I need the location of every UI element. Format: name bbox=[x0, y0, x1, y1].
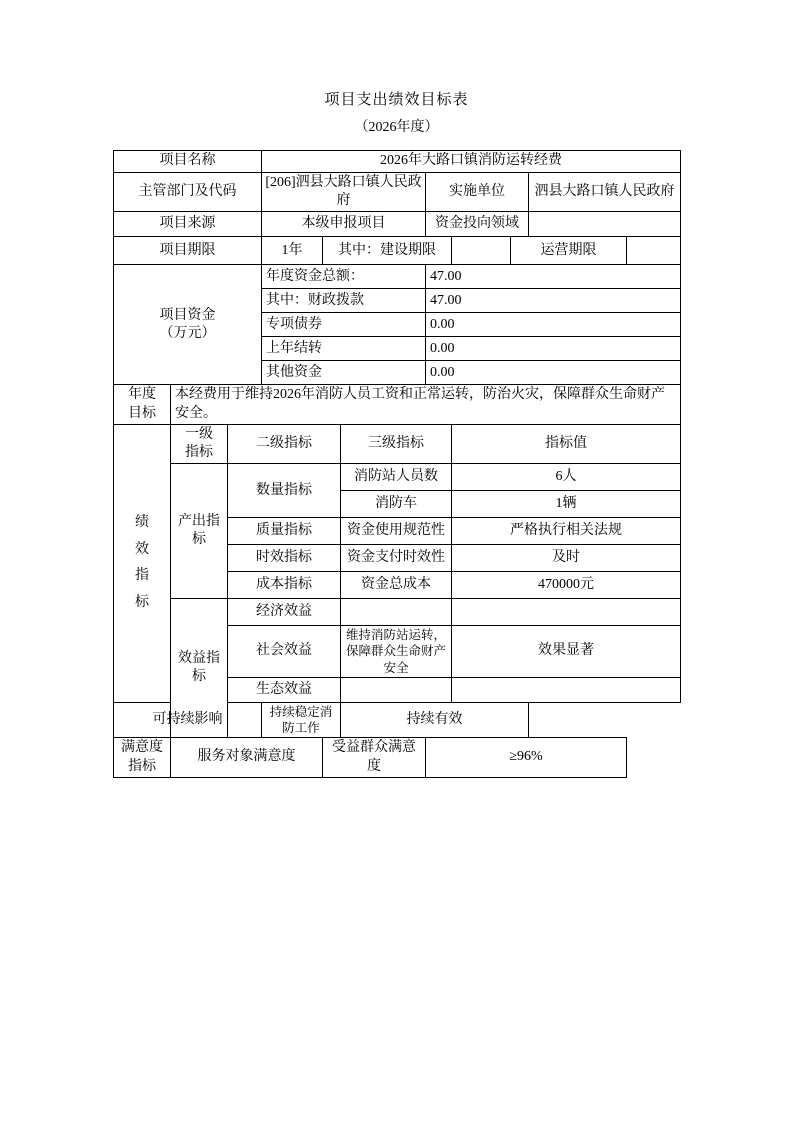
perf-value-cell: 严格执行相关法规 bbox=[452, 518, 681, 545]
source-value-cell: 本级申报项目 bbox=[262, 212, 426, 237]
perf-l2-cell: 数量指标 bbox=[228, 464, 341, 518]
perf-header-value: 指标值 bbox=[452, 424, 681, 463]
perf-l2-cell: 社会效益 bbox=[228, 626, 341, 678]
project-name-label-cell: 项目名称 bbox=[114, 151, 262, 173]
fund-row-label: 其他资金 bbox=[262, 361, 426, 385]
fund-row-label: 年度资金总额： bbox=[262, 265, 426, 289]
oper-period-label-cell: 运营期限 bbox=[511, 237, 627, 265]
project-name-value-cell: 2026年大路口镇消防运转经费 bbox=[262, 151, 681, 173]
perf-l1-satisfaction-cell: 满意度 指标 bbox=[114, 738, 171, 777]
perf-value-cell: 1辆 bbox=[452, 491, 681, 518]
fund-area-value-cell bbox=[529, 212, 681, 237]
fund-row-label: 其中：财政拨款 bbox=[262, 289, 426, 313]
perf-l3-cell bbox=[341, 599, 452, 626]
annual-goal-label-cell: 年度 目标 bbox=[114, 385, 171, 424]
impl-unit-label-cell: 实施单位 bbox=[426, 173, 529, 212]
perf-header-level3: 三级指标 bbox=[341, 424, 452, 463]
perf-l3-cell: 持续稳定消防工作 bbox=[262, 702, 341, 738]
perf-l3-cell: 资金使用规范性 bbox=[341, 518, 452, 545]
perf-l3-cell: 维持消防站运转，保障群众生命财产安全 bbox=[341, 626, 452, 678]
perf-value-cell: 470000元 bbox=[452, 572, 681, 599]
period-label-cell: 项目期限 bbox=[114, 237, 262, 265]
perf-l1-output-cell: 产出指 标 bbox=[171, 464, 228, 599]
project-funds-label-cell: 项目资金 （万元） bbox=[114, 265, 262, 385]
perf-header-level2: 二级指标 bbox=[228, 424, 341, 463]
perf-l2-cell: 可持续影响 bbox=[114, 702, 262, 738]
source-label-cell: 项目来源 bbox=[114, 212, 262, 237]
fund-area-label-cell: 资金投向领域 bbox=[426, 212, 529, 237]
perf-value-cell bbox=[452, 677, 681, 702]
fund-row-value: 0.00 bbox=[426, 361, 681, 385]
perf-value-cell: 6人 bbox=[452, 464, 681, 491]
build-period-value-cell bbox=[452, 237, 511, 265]
fund-row-value: 0.00 bbox=[426, 337, 681, 361]
performance-target-table: 项目名称 2026年大路口镇消防运转经费 主管部门及代码 [206]泗县大路口镇… bbox=[113, 150, 681, 778]
perf-header-level1: 一级 指标 bbox=[171, 424, 228, 463]
perf-l3-cell: 资金总成本 bbox=[341, 572, 452, 599]
perf-l3-cell: 受益群众满意度 bbox=[323, 738, 426, 777]
perf-l2-cell: 服务对象满意度 bbox=[171, 738, 323, 777]
perf-l2-cell: 生态效益 bbox=[228, 677, 341, 702]
perf-value-cell: 持续有效 bbox=[341, 702, 529, 738]
build-period-label-cell: 其中：建设期限 bbox=[323, 237, 452, 265]
period-value-cell: 1年 bbox=[262, 237, 323, 265]
impl-unit-value-cell: 泗县大路口镇人民政府 bbox=[529, 173, 681, 212]
perf-l3-cell: 消防站人员数 bbox=[341, 464, 452, 491]
fund-row-value: 0.00 bbox=[426, 313, 681, 337]
perf-value-cell: 效果显著 bbox=[452, 626, 681, 678]
performance-section-label-cell: 绩效指标 bbox=[114, 424, 171, 702]
perf-l2-cell: 时效指标 bbox=[228, 545, 341, 572]
perf-value-cell: ≥96% bbox=[426, 738, 627, 777]
perf-value-cell bbox=[452, 599, 681, 626]
perf-l2-cell: 经济效益 bbox=[228, 599, 341, 626]
perf-l2-cell: 成本指标 bbox=[228, 572, 341, 599]
perf-l2-cell: 质量指标 bbox=[228, 518, 341, 545]
document-page: 项目支出绩效目标表 （2026年度） 项目名称 2026年大路口镇消防运转经费 … bbox=[0, 0, 793, 1122]
fund-row-value: 47.00 bbox=[426, 265, 681, 289]
fund-row-value: 47.00 bbox=[426, 289, 681, 313]
perf-l3-cell bbox=[341, 677, 452, 702]
annual-goal-text-cell: 本经费用于维持2026年消防人员工资和正常运转，防治火灾，保障群众生命财产安全。 bbox=[171, 385, 681, 424]
document-subtitle: （2026年度） bbox=[0, 118, 793, 138]
fund-row-label: 上年结转 bbox=[262, 337, 426, 361]
performance-section-label: 绩效指标 bbox=[135, 510, 150, 616]
perf-l3-cell: 消防车 bbox=[341, 491, 452, 518]
oper-period-value-cell bbox=[627, 237, 681, 265]
perf-value-cell: 及时 bbox=[452, 545, 681, 572]
fund-row-label: 专项债券 bbox=[262, 313, 426, 337]
dept-code-label-cell: 主管部门及代码 bbox=[114, 173, 262, 212]
perf-l3-cell: 资金支付时效性 bbox=[341, 545, 452, 572]
dept-code-value-cell: [206]泗县大路口镇人民政府 bbox=[262, 173, 426, 212]
document-title: 项目支出绩效目标表 bbox=[0, 0, 793, 110]
